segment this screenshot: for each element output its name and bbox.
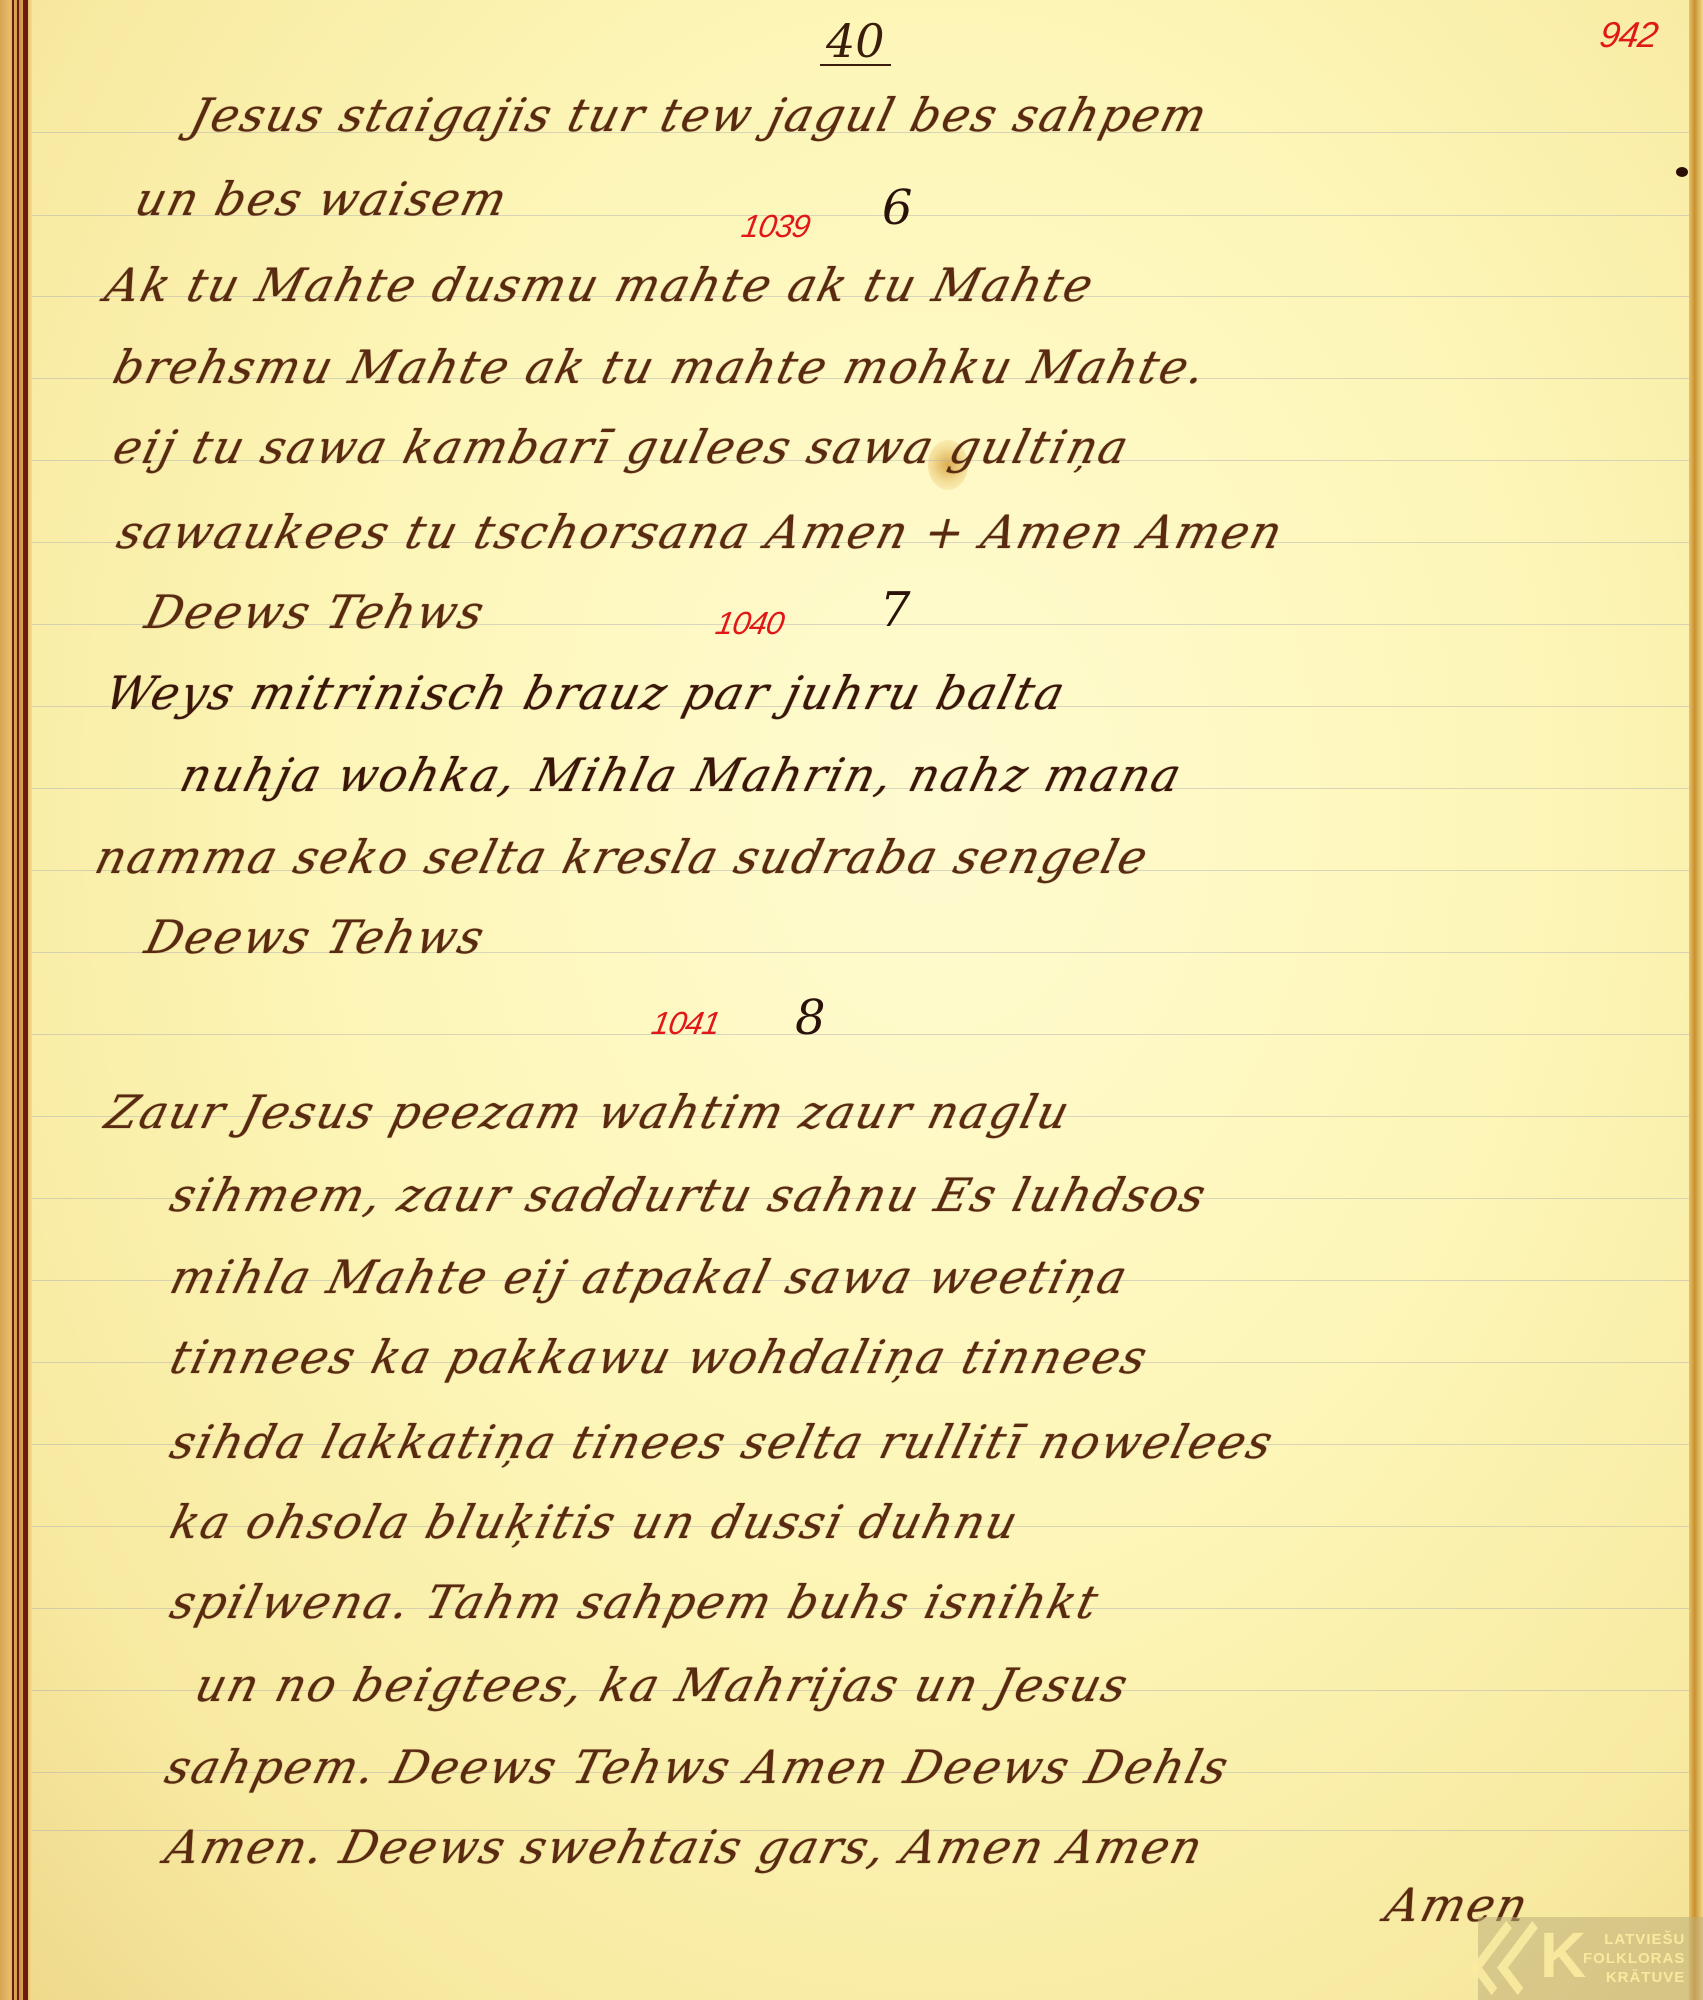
text-line: sahpem. Deews Tehws Amen Deews Dehls xyxy=(160,1740,1235,1794)
page-number: 40 xyxy=(820,18,891,66)
text-line: namma seko selta kresla sudraba sengele xyxy=(90,830,1155,884)
watermark-text: LATVIEŠU FOLKLORAS KRĀTUVE xyxy=(1583,1930,1691,1987)
archive-number: 942 xyxy=(1597,14,1660,56)
watermark-line: FOLKLORAS xyxy=(1583,1949,1685,1968)
text-line: Jesus staigajis tur tew jagul bes sahpem xyxy=(185,88,1214,142)
section-number: 6 xyxy=(882,180,913,236)
page-right-edge xyxy=(1689,0,1703,2000)
text-line: Zaur Jesus peezam wahtim zaur naglu xyxy=(100,1085,1077,1139)
item-number: 1041 xyxy=(649,1005,723,1042)
section-number: 7 xyxy=(880,582,911,638)
ink-blot xyxy=(1676,167,1688,177)
section-number: 8 xyxy=(795,990,826,1046)
text-line: tinnees ka pakkawu wohdaliņa tinnees xyxy=(165,1330,1154,1384)
watermark-line: LATVIEŠU xyxy=(1583,1930,1685,1949)
text-line: un bes waisem xyxy=(130,172,514,226)
manuscript-page: 40 942 Jesus staigajis tur tew jagul bes… xyxy=(0,0,1703,2000)
text-line: Deews Tehws xyxy=(140,910,491,964)
text-line: un no beigtees, ka Mahrijas un Jesus xyxy=(190,1658,1135,1712)
text-line: brehsmu Mahte ak tu mahte mohku Mahte. xyxy=(108,340,1213,394)
binding-line xyxy=(12,0,14,2000)
text-line: Deews Tehws xyxy=(140,585,491,639)
watermark-line: KRĀTUVE xyxy=(1583,1968,1685,1987)
text-line: ka ohsola bluķitis un dussi duhnu xyxy=(165,1495,1025,1549)
logo-letter: K xyxy=(1540,1923,1586,1987)
item-number: 1040 xyxy=(713,605,787,642)
text-line: mihla Mahte eij atpakal sawa weetiņa xyxy=(165,1250,1134,1304)
item-number: 1039 xyxy=(739,208,813,245)
ruled-line xyxy=(32,1034,1689,1035)
text-line: Weys mitrinisch brauz par juhru balta xyxy=(100,666,1072,720)
text-line: Amen. Deews swehtais gars, Amen Amen xyxy=(160,1820,1210,1874)
lfk-logo-icon: K xyxy=(1478,1917,1583,2000)
text-line: sihda lakkatiņa tinees selta rullitī now… xyxy=(165,1415,1280,1469)
binding-line xyxy=(23,0,28,2000)
text-line: eij tu sawa kambarī gulees sawa gultiņa xyxy=(108,420,1136,474)
text-line: sawaukees tu tschorsana Amen + Amen Amen xyxy=(112,505,1290,559)
text-line: Ak tu Mahte dusmu mahte ak tu Mahte xyxy=(100,258,1100,312)
text-line: nuhja wohka, Mihla Mahrin, nahz mana xyxy=(175,748,1188,802)
binding-line xyxy=(17,0,19,2000)
archive-watermark-logo: K LATVIEŠU FOLKLORAS KRĀTUVE xyxy=(1478,1917,1703,2000)
text-line: sihmem, zaur saddurtu sahnu Es luhdsos xyxy=(165,1168,1213,1222)
text-line: spilwena. Tahm sahpem buhs isnihkt xyxy=(165,1575,1105,1629)
